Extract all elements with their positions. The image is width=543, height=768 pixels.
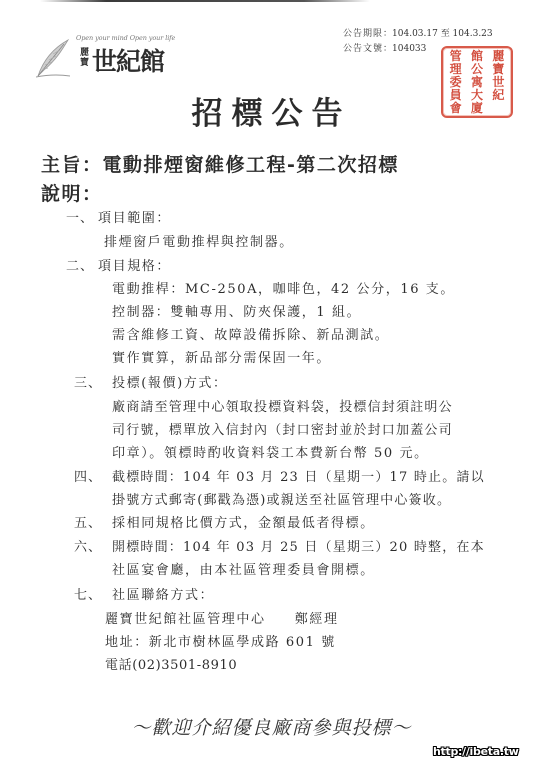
logo-small-text: 麗寶 [80, 48, 90, 68]
section-heading-opening: 開標時間：104 年 03 月 25 日（星期三）20 時整，在本 [112, 536, 485, 555]
logo-name: 世紀館 [92, 42, 164, 78]
colon: ： [383, 44, 392, 54]
notice-period-label: 公告期限 [343, 29, 383, 39]
section-number: 四、 [74, 466, 102, 485]
subject-text: 電動排煙窗維修工程-第二次招標 [103, 154, 399, 176]
section-heading-spec: 項目規格： [98, 255, 171, 274]
section-number: 六、 [74, 536, 102, 555]
section-heading-contact: 社區聯絡方式： [112, 584, 214, 603]
section-line: 實作實算，新品部分需保固一年。 [112, 347, 331, 366]
section-number: 三、 [74, 372, 102, 391]
section-number: 七、 [74, 584, 102, 603]
logo-tagline: Open your mind Open your life [76, 34, 175, 42]
notice-docno-label: 公告文號 [343, 44, 383, 54]
section-line: 司行號，標單放入信封內（封口密封並於封口加蓋公司 [112, 419, 453, 438]
logo: Open your mind Open your life 麗寶 世紀館 [36, 26, 176, 82]
notice-docno-value: 104033 [392, 44, 426, 54]
section-line: 電動推桿：MC-250A，咖啡色，42 公分，16 支。 [112, 278, 455, 297]
section-line: 廠商請至管理中心領取投標資料袋，投標信封須註明公 [112, 396, 453, 415]
section-heading-deadline: 截標時間：104 年 03 月 23 日（星期一）17 時止。請以 [112, 466, 485, 485]
section-line: 控制器：雙軸專用、防夾保護，1 組。 [112, 301, 361, 320]
section-heading-scope: 項目範圍： [98, 207, 171, 226]
notice-period: 公告期限：104.03.17 至 104.3.23 [343, 27, 493, 42]
explanation-label: 說明： [41, 179, 103, 206]
section-line: 掛號方式郵寄(郵戳為憑)或親送至社區管理中心簽收。 [112, 489, 451, 508]
section-heading-bidding: 投標(報價)方式： [112, 372, 228, 391]
colon: ： [383, 29, 392, 39]
section-number: 一、 [66, 207, 94, 226]
subject-label: 主旨： [41, 154, 103, 176]
contact-address: 地址：新北市樹林區學成路 601 號 [105, 631, 336, 650]
scan-edge-artifact [40, 0, 370, 2]
contact-phone: 電話(02)3501-8910 [105, 654, 237, 673]
feather-icon [36, 38, 70, 78]
notice-period-value: 104.03.17 至 104.3.23 [392, 29, 493, 39]
section-line: 印章）。領標時酌收資料袋工本費新台幣 50 元。 [112, 442, 429, 461]
subject-line: 主旨：電動排煙窗維修工程-第二次招標 [41, 150, 399, 177]
page-title: 招標公告 [0, 88, 543, 133]
section-number: 五、 [74, 512, 102, 531]
closing-message: ～歡迎介紹優良廠商參與投標～ [0, 713, 543, 740]
section-line: 社區宴會廳，由本社區管理委員會開標。 [112, 559, 375, 578]
section-number: 二、 [66, 255, 94, 274]
section-line: 排煙窗戶電動推桿與控制器。 [104, 231, 294, 250]
section-line: 需含維修工資、故障設備拆除、新品測試。 [112, 324, 389, 343]
watermark-url: http://ibeta.tw [433, 745, 519, 758]
contact-office: 麗寶世紀館社區管理中心 鄭經理 [105, 608, 339, 627]
section-heading-award: 採相同規格比價方式，金額最低者得標。 [112, 512, 375, 531]
